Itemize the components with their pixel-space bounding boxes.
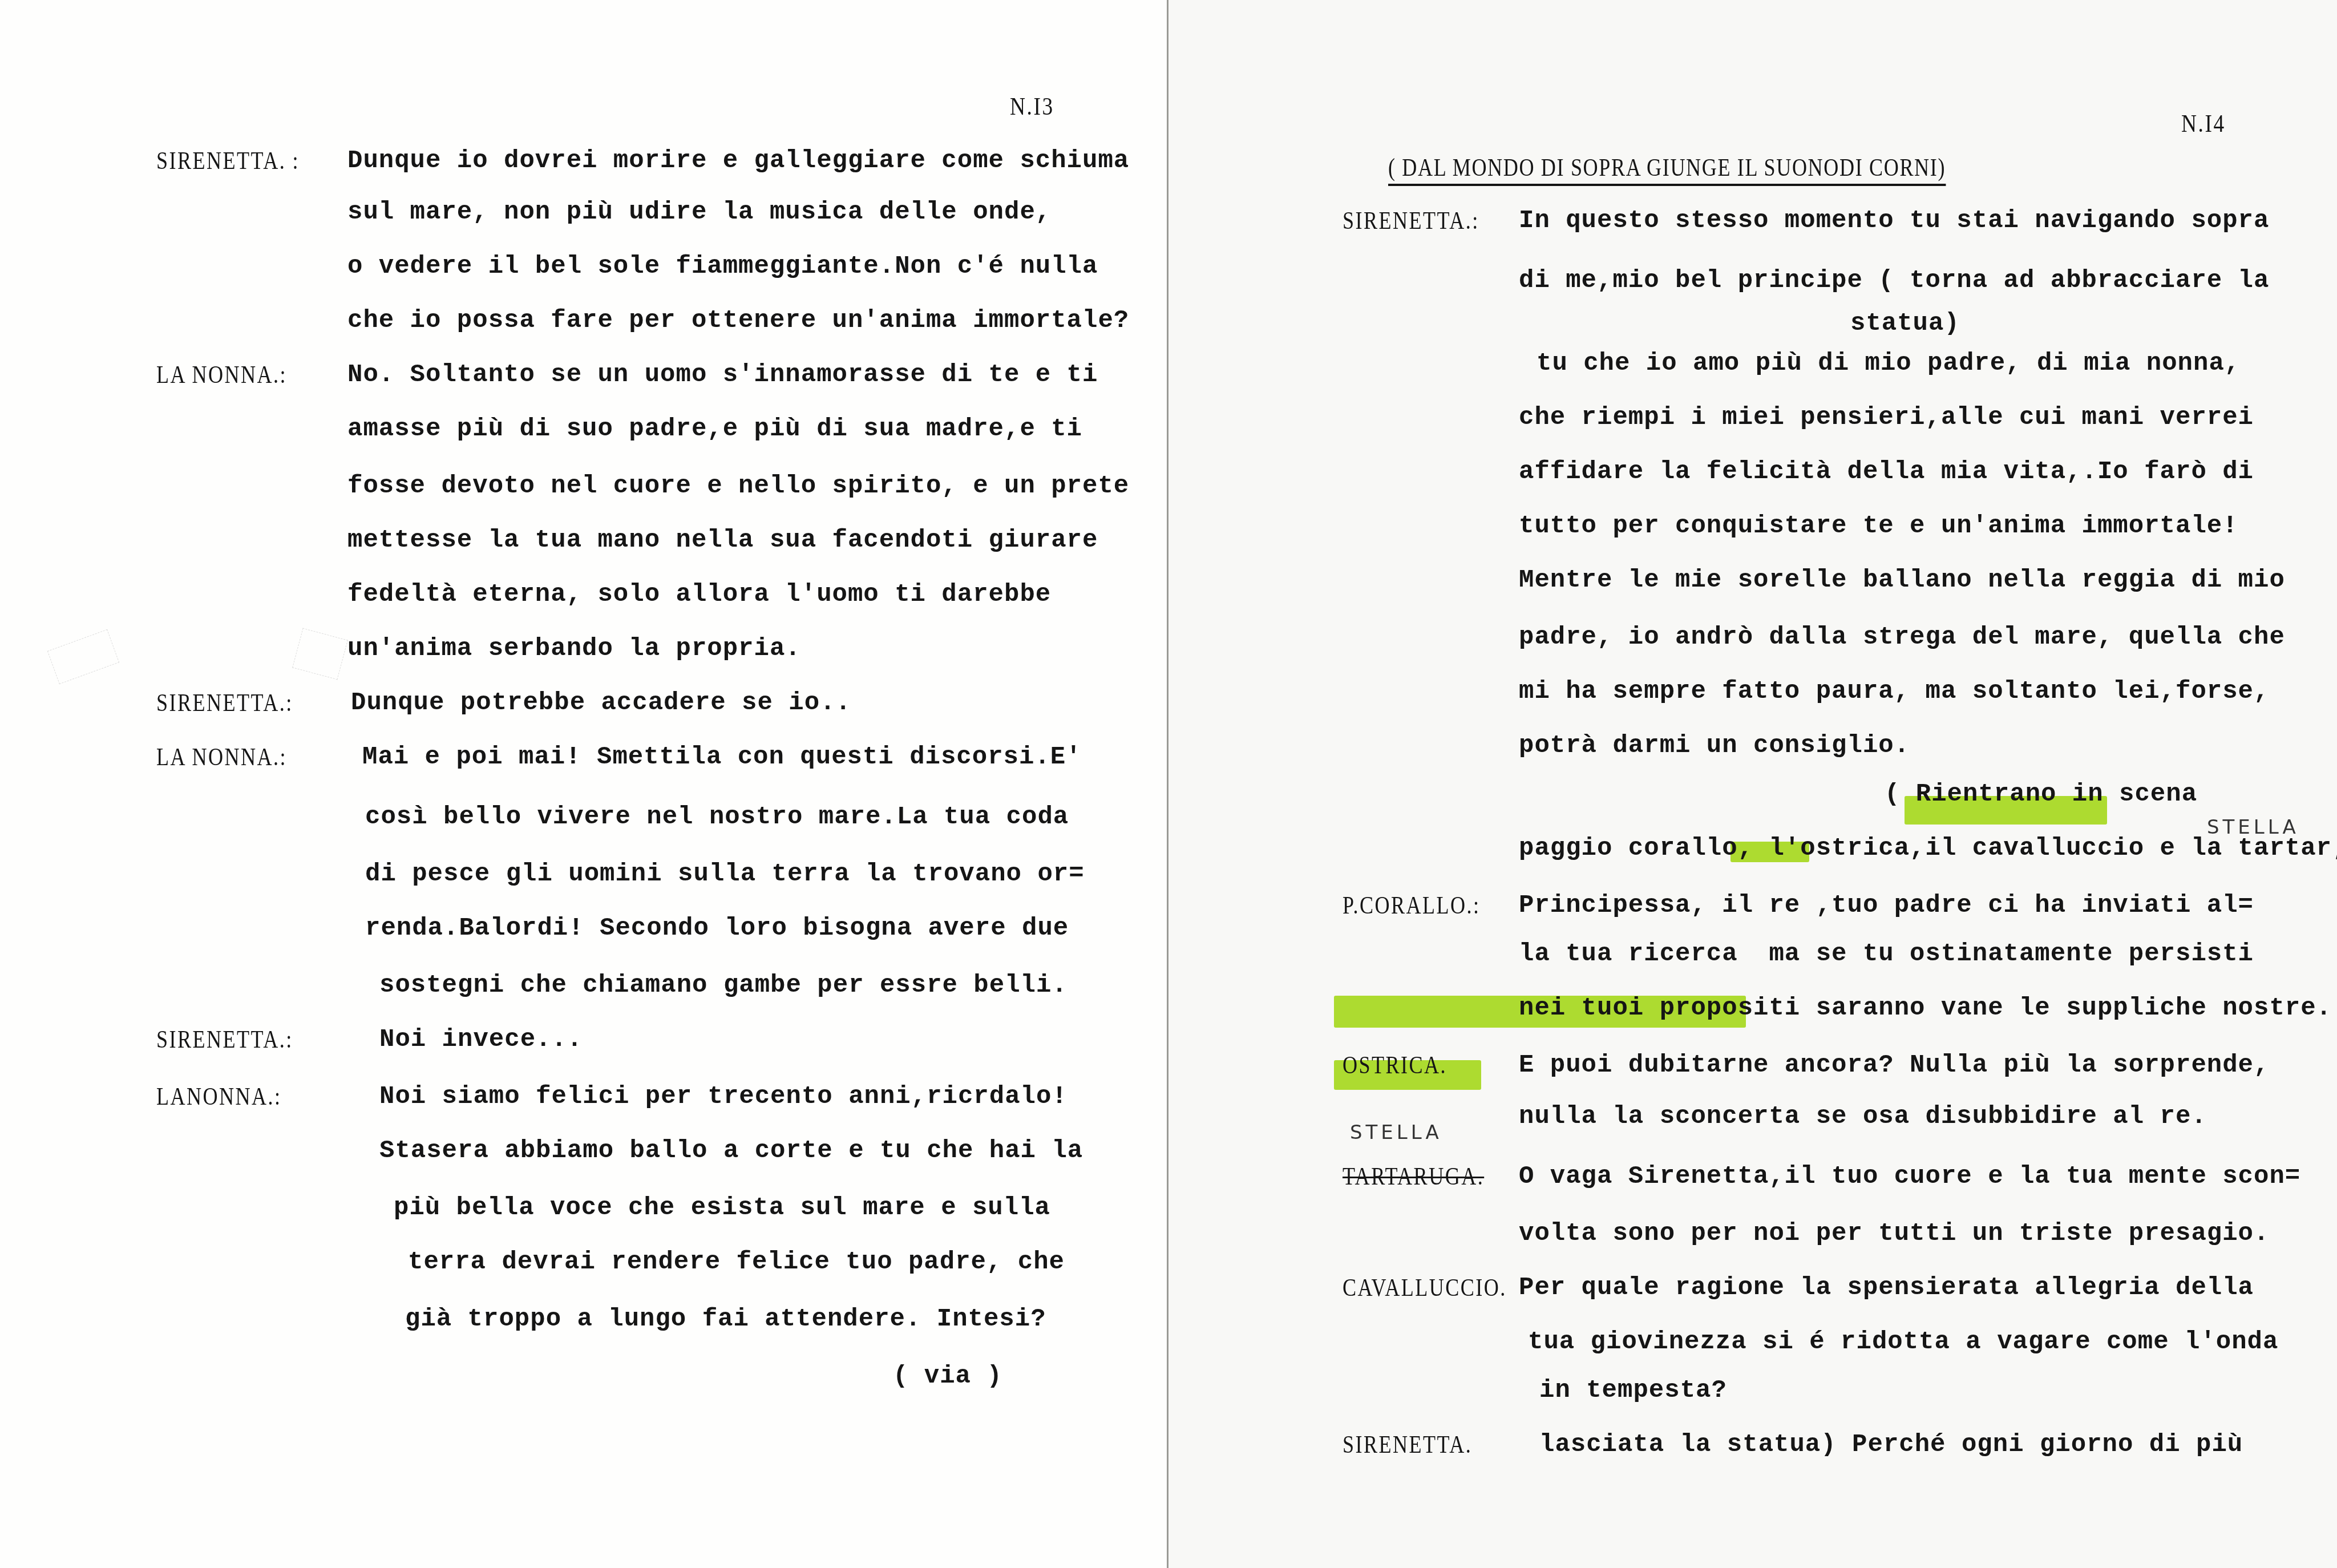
- dialogue-line: potrà darmi un consiglio.: [1519, 733, 1910, 758]
- dialogue-line: Dunque potrebbe accadere se io..: [351, 690, 851, 716]
- speaker-label: SIRENETTA.:: [156, 1027, 293, 1052]
- dialogue-line: la tua ricerca ma se tu ostinatamente pe…: [1519, 941, 2254, 967]
- dialogue-line: tutto per conquistare te e un'anima immo…: [1519, 514, 2238, 539]
- speaker-label: SIRENETTA. :: [156, 148, 300, 173]
- speaker-label: LA NONNA.:: [156, 745, 287, 770]
- dialogue-line: Principessa, il re ,tuo padre ci ha invi…: [1519, 893, 2254, 918]
- dialogue-line: così bello vivere nel nostro mare.La tua…: [365, 805, 1069, 830]
- dialogue-line: Stasera abbiamo ballo a corte e tu che h…: [379, 1138, 1083, 1163]
- dialogue-line: sul mare, non più udire la musica delle …: [347, 200, 1051, 225]
- page-number: N.I3: [1010, 94, 1054, 119]
- dialogue-line: più bella voce che esista sul mare e sul…: [394, 1195, 1050, 1221]
- dialogue-line: No. Soltanto se un uomo s'innamorasse di…: [347, 362, 1098, 387]
- dialogue-line: volta sono per noi per tutti un triste p…: [1519, 1221, 2269, 1246]
- dialogue-line: terra devrai rendere felice tuo padre, c…: [408, 1250, 1065, 1275]
- stage-direction-title: ( DAL MONDO DI SOPRA GIUNGE IL SUONODI C…: [1388, 155, 1946, 180]
- dialogue-line: in tempesta?: [1539, 1378, 1727, 1403]
- dialogue-line: che riempi i miei pensieri,alle cui mani…: [1519, 405, 2254, 430]
- dialogue-line: di pesce gli uomini sulla terra la trova…: [365, 862, 1085, 887]
- dialogue-line: che io possa fare per ottenere un'anima …: [347, 308, 1129, 333]
- dialogue-line: affidare la felicità della mia vita,.Io …: [1519, 459, 2254, 484]
- dialogue-line: amasse più di suo padre,e più di sua mad…: [347, 417, 1082, 442]
- pencil-mark: [292, 628, 348, 680]
- dialogue-line: o vedere il bel sole fiammeggiante.Non c…: [347, 254, 1098, 279]
- dialogue-line: Mai e poi mai! Smettila con questi disco…: [362, 745, 1082, 770]
- right-page: N.I4 ( DAL MONDO DI SOPRA GIUNGE IL SUON…: [1167, 0, 2337, 1568]
- speaker-label: OSTRICA.: [1343, 1053, 1447, 1078]
- speaker-label: LA NONNA.:: [156, 362, 287, 387]
- dialogue-line: tu che io amo più di mio padre, di mia n…: [1537, 351, 2240, 376]
- dialogue-line: fedeltà eterna, solo allora l'uomo ti da…: [347, 582, 1051, 607]
- left-page: N.I3 SIRENETTA. :Dunque io dovrei morire…: [0, 0, 1167, 1568]
- dialogue-line: ( via ): [893, 1364, 1002, 1389]
- speaker-label: SIRENETTA.:: [156, 690, 293, 716]
- dialogue-line: Noi invece...: [379, 1027, 583, 1052]
- stage-direction-text: ( DAL MONDO DI SOPRA GIUNGE IL SUONODI C…: [1388, 153, 1946, 186]
- speaker-label: SIRENETTA.: [1343, 1432, 1472, 1457]
- dialogue-line: già troppo a lungo fai attendere. Intesi…: [405, 1307, 1046, 1332]
- speaker-label: LANONNA.:: [156, 1084, 282, 1109]
- page-number: N.I4: [2181, 111, 2226, 136]
- speaker-label: P.CORALLO.:: [1343, 893, 1481, 918]
- handwritten-annotation-stella: STELLA: [1350, 1121, 1442, 1144]
- dialogue-line: un'anima serbando la propria.: [347, 636, 801, 661]
- dialogue-line: sostegni che chiamano gambe per essre be…: [379, 973, 1068, 998]
- dialogue-line: fosse devoto nel cuore e nello spirito, …: [347, 474, 1129, 499]
- dialogue-line: nei tuoi propositi saranno vane le suppl…: [1519, 996, 2332, 1021]
- dialogue-line: mettesse la tua mano nella sua facendoti…: [347, 528, 1098, 553]
- dialogue-line: In questo stesso momento tu stai navigan…: [1519, 208, 2269, 233]
- dialogue-line: Noi siamo felici per trecento anni,ricrd…: [379, 1084, 1068, 1109]
- dialogue-line: Dunque io dovrei morire e galleggiare co…: [347, 148, 1129, 173]
- dialogue-line: di me,mio bel principe ( torna ad abbrac…: [1519, 268, 2269, 293]
- dialogue-line: tua giovinezza si é ridotta a vagare com…: [1528, 1329, 2278, 1355]
- dialogue-line: mi ha sempre fatto paura, ma soltanto le…: [1519, 679, 2269, 704]
- dialogue-line: paggio corallo, l'ostrica,il cavalluccio…: [1519, 836, 2337, 861]
- speaker-label: SIRENETTA.:: [1343, 208, 1479, 233]
- dialogue-line: ( Rientrano in scena: [1885, 782, 2197, 807]
- pencil-mark: [47, 629, 119, 685]
- speaker-label: CAVALLUCCIO.: [1343, 1275, 1507, 1300]
- dialogue-line: nulla la sconcerta se osa disubbidire al…: [1519, 1104, 2207, 1129]
- dialogue-line: E puoi dubitarne ancora? Nulla più la so…: [1519, 1053, 2269, 1078]
- dialogue-line: lasciata la statua) Perché ogni giorno d…: [1539, 1432, 2243, 1457]
- dialogue-line: renda.Balordi! Secondo loro bisogna aver…: [365, 916, 1069, 941]
- speaker-label: TARTARUGA.: [1343, 1164, 1484, 1189]
- dialogue-line: Mentre le mie sorelle ballano nella regg…: [1519, 568, 2285, 593]
- dialogue-line: O vaga Sirenetta,il tuo cuore e la tua m…: [1519, 1164, 2300, 1189]
- dialogue-line: padre, io andrò dalla strega del mare, q…: [1519, 625, 2285, 650]
- dialogue-line: statua): [1850, 311, 1960, 336]
- dialogue-line: Per quale ragione la spensierata allegri…: [1519, 1275, 2254, 1300]
